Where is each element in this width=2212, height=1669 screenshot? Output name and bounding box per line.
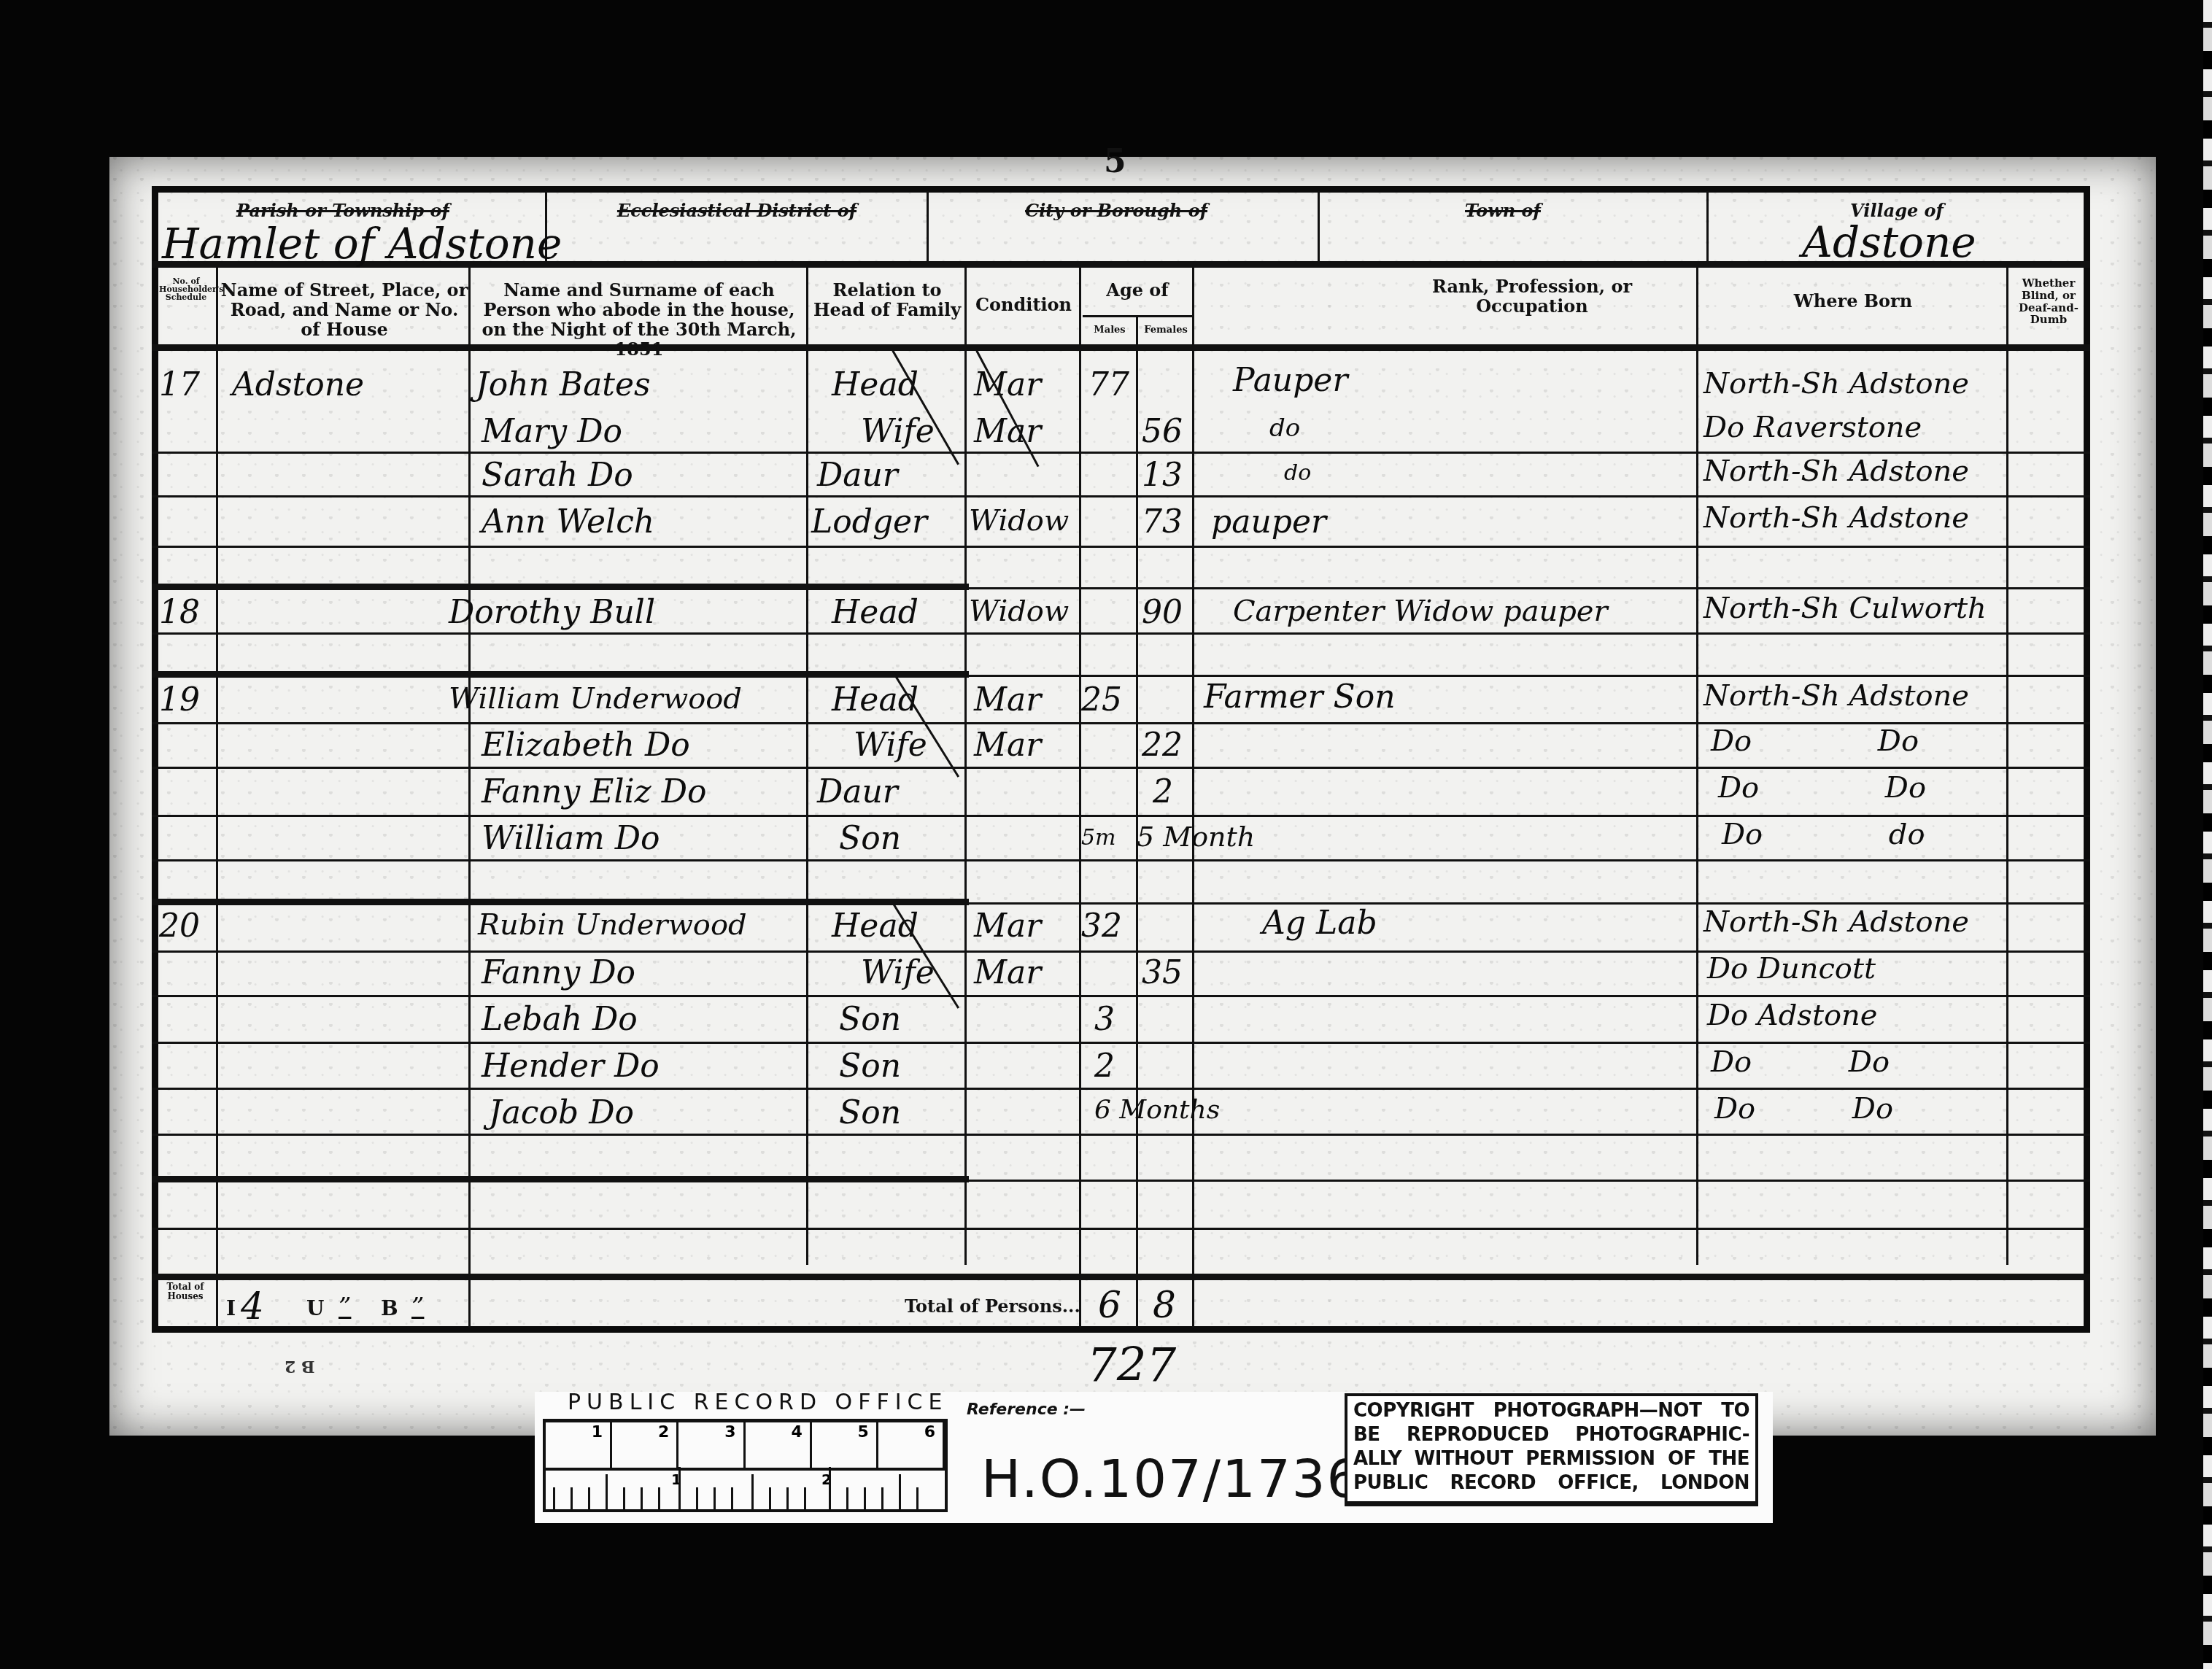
col-divider [1079,264,1081,1328]
building-count: ” [401,1293,434,1322]
occupation-cell: do [1269,416,1300,441]
born-cell: Do Do [1718,773,1926,802]
female-age-cell: 22 [1142,729,1183,762]
name-cell: Ann Welch [482,506,654,538]
band-divider [927,191,929,264]
ruler-mark: 5 [812,1422,878,1468]
building-prefix: B [381,1297,398,1320]
col-divider [468,264,471,1328]
col-divider [2006,264,2008,1265]
ruler-mark: 3 [678,1422,745,1468]
name-cell: Jacob Do [489,1097,634,1129]
band-divider [1318,191,1320,264]
male-age-cell: 6 Months [1094,1097,1220,1123]
condition-cell: Mar [974,910,1041,942]
born-cell: Do do [1722,820,1925,849]
reference-value: H.O.107/1736. [981,1448,1380,1509]
born-cell: Do Do [1711,727,1919,756]
relation-cell: Wife [854,729,927,762]
occupation-cell: Farmer Son [1204,681,1396,713]
name-cell: Rubin Underwood [478,910,747,940]
condition-cell: Mar [974,957,1041,989]
ruler-mark: 1 [546,1422,612,1468]
name-cell: John Bates [476,369,651,401]
film-edge-strip [2203,0,2212,1669]
name-cell: Lebah Do [482,1004,638,1036]
col-divider [1696,264,1698,1265]
condition-cell: Mar [974,684,1041,716]
name-cell: William Underwood [449,684,742,713]
col-divider [216,264,218,1328]
sheet-mark: B 2 [285,1357,315,1375]
female-age-cell: 35 [1142,957,1183,989]
relation-cell: Daur [817,460,898,492]
col-divider [964,264,967,1265]
male-age-cell: 77 [1088,369,1129,401]
copyright-line: COPYRIGHT PHOTOGRAPH—NOT TO [1353,1399,1749,1423]
uninhabited-count: ” [328,1293,361,1322]
page-number: 5 [1104,143,1126,180]
ruler-mark: 6 [878,1422,945,1468]
band-divider [1706,191,1709,264]
total-persons-label: Total of Persons... [905,1297,1080,1317]
name-cell: Dorothy Bull [449,597,655,629]
total-houses-label: Total of Houses [158,1282,213,1302]
relation-cell: Wife [861,416,935,448]
female-age-cell: 5 Month [1137,823,1255,851]
born-cell: Do Duncott [1707,954,1876,983]
col-head-age: Age of [1083,281,1192,301]
male-age-cell: 25 [1081,684,1122,716]
female-age-cell: 2 [1153,776,1173,808]
schedule-frame [152,186,2090,1333]
condition-cell: Mar [974,416,1041,448]
village-value: Adstone [1802,217,1976,267]
male-age-cell: 5m [1081,827,1116,849]
parish-value: Hamlet of Adstone [162,219,562,268]
column-header-bottom [152,344,2090,351]
name-cell: Mary Do [482,416,622,448]
name-cell: Sarah Do [482,460,633,492]
col-head-females: Females [1138,325,1194,336]
relation-cell: Son [839,823,901,855]
name-cell: Fanny Eliz Do [482,776,707,808]
col-divider [806,264,808,1265]
ecclesiastical-label: Ecclesiastical District of [598,201,875,221]
copyright-line: BE REPRODUCED PHOTOGRAPHIC- [1353,1423,1749,1447]
relation-cell: Head [832,597,919,629]
total-females: 8 [1153,1284,1176,1326]
relation-cell: Wife [861,957,935,989]
occupation-cell: pauper [1211,506,1326,538]
parish-label: Parish or Township of [219,201,467,221]
schedule-number: 20 [159,910,200,942]
relation-cell: Head [832,910,919,942]
col-head-males: Males [1083,325,1137,336]
born-cell: North-Sh Adstone [1704,457,1969,486]
occupation-cell: Pauper [1233,365,1347,397]
female-age-cell: 13 [1142,460,1183,492]
female-age-cell: 56 [1142,416,1183,448]
city-label: City or Borough of [1007,201,1226,221]
town-label: Town of [1452,201,1554,221]
condition-cell: Widow [969,597,1069,626]
occupation-cell: Ag Lab [1262,907,1377,940]
office-title: PUBLIC RECORD OFFICE [568,1390,948,1415]
male-age-cell: 2 [1094,1050,1115,1083]
born-cell: North-Sh Adstone [1704,681,1969,710]
reference-label: Reference :— [967,1401,1086,1419]
male-age-cell: 32 [1081,910,1122,942]
ruler-mark: 2 [612,1422,678,1468]
relation-cell: Son [839,1004,901,1036]
copyright-notice: COPYRIGHT PHOTOGRAPH—NOT TO BE REPRODUCE… [1345,1393,1758,1506]
occupation-cell: do [1284,462,1311,484]
born-cell: North-Sh Adstone [1704,503,1969,533]
schedule-number: 19 [159,684,200,716]
copyright-line: PUBLIC RECORD OFFICE, LONDON [1353,1471,1749,1495]
relation-cell: Son [839,1097,901,1129]
name-cell: William Do [482,823,660,855]
total-males: 6 [1098,1284,1121,1326]
col-head-condition: Condition [968,295,1079,315]
name-cell: Hender Do [482,1050,660,1083]
born-cell: Do Raverstone [1704,413,1922,442]
born-cell: North-Sh Culworth [1704,594,1987,623]
female-age-cell: 90 [1142,597,1183,629]
folio-mark: 727 [1087,1339,1176,1393]
col-head-name: Name and Surname of each Person who abod… [473,281,805,360]
male-age-cell: 3 [1094,1004,1115,1036]
condition-cell: Mar [974,729,1041,762]
condition-cell: Widow [969,506,1069,535]
schedule-number: 17 [159,369,200,401]
col-head-relation: Relation to Head of Family [810,281,964,320]
col-divider [1192,264,1194,1328]
name-cell: Fanny Do [482,957,635,989]
ruler-mark: 4 [746,1422,812,1468]
relation-cell: Lodger [811,506,927,538]
born-cell: Do Do [1714,1094,1893,1123]
uninhabited-prefix: U [306,1297,324,1320]
born-cell: North-Sh Adstone [1704,369,1969,398]
col-head-born: Where Born [1700,292,2006,311]
copyright-line: ALLY WITHOUT PERMISSION OF THE [1353,1447,1749,1471]
street-cell: Adstone [232,369,364,401]
inhabited-count: 4 [241,1285,264,1328]
born-cell: Do Adstone [1707,1001,1877,1030]
born-cell: Do Do [1711,1048,1890,1077]
relation-cell: Daur [817,776,898,808]
born-cell: North-Sh Adstone [1704,907,1969,937]
name-cell: Elizabeth Do [482,729,690,762]
occupation-cell: Carpenter Widow pauper [1233,597,1608,626]
relation-cell: Son [839,1050,901,1083]
col-head-street: Name of Street, Place, or Road, and Name… [220,281,468,340]
col-head-blind: Whether Blind, or Deaf-and-Dumb [2010,277,2087,326]
condition-cell: Mar [974,369,1041,401]
inhabited-prefix: I [226,1297,236,1320]
col-head-schedule: No. of Householder's Schedule [159,277,213,301]
schedule-number: 18 [159,597,200,629]
col-head-occupation: Rank, Profession, or Occupation [1386,277,1678,317]
female-age-cell: 73 [1142,506,1183,538]
scale-ruler: 1 2 3 4 5 6 1 2 [543,1419,948,1512]
age-subdivider [1083,315,1194,317]
